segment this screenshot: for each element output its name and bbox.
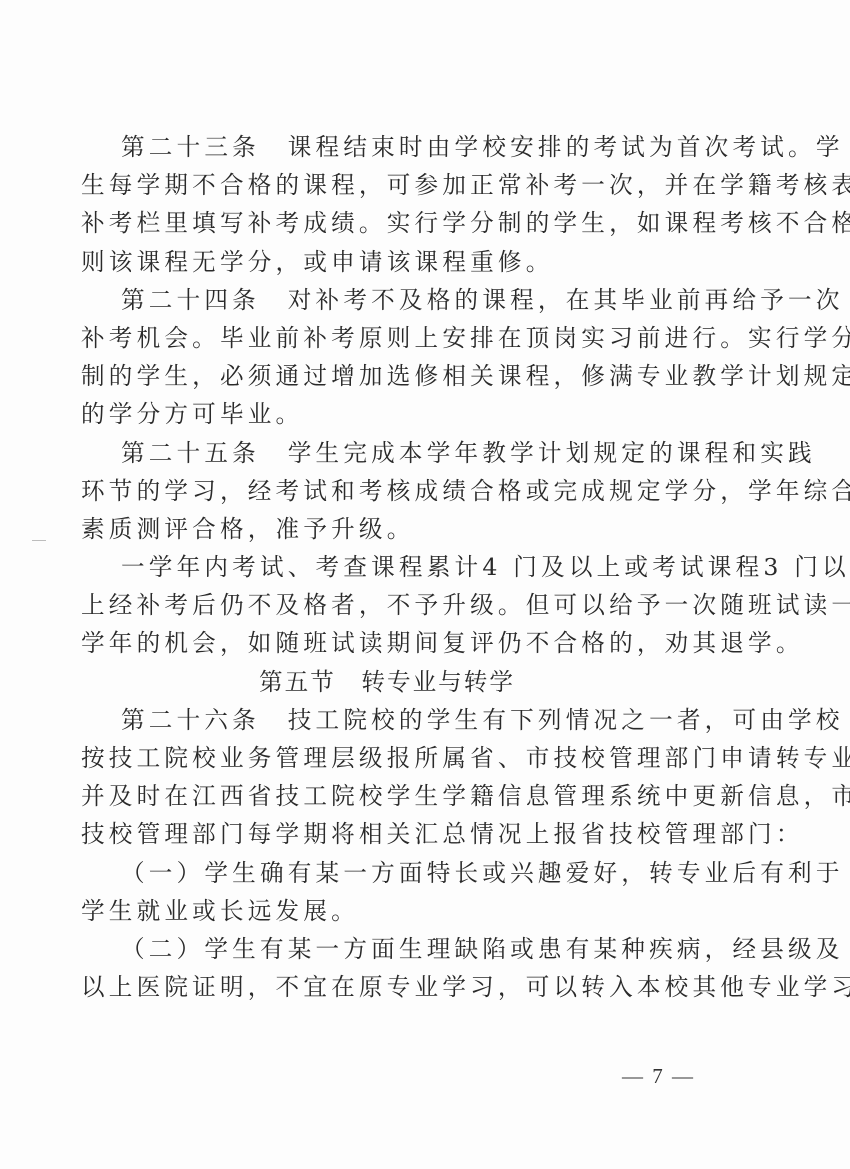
item-2-line-2: 以上医院证明，不宜在原专业学习，可以转入本校其他专业学习。 [81, 968, 693, 1006]
document-page: 第二十三条 课程结束时由学校安排的考试为首次考试。学 生每学期不合格的课程，可参… [0, 0, 850, 1169]
article-25-para2-line-1: 一学年内考试、考查课程累计4 门及以上或考试课程3 门以 [81, 548, 693, 586]
article-25-para2-line-2: 上经补考后仍不及格者，不予升级。但可以给予一次随班试读一 [81, 586, 693, 624]
body-text: 第二十三条 课程结束时由学校安排的考试为首次考试。学 生每学期不合格的课程，可参… [81, 128, 693, 1006]
article-25-para2-line-3: 学年的机会，如随班试读期间复评仍不合格的，劝其退学。 [81, 624, 693, 662]
article-26-line-2: 按技工院校业务管理层级报所属省、市技校管理部门申请转专业， [81, 739, 693, 777]
article-23-line-2: 生每学期不合格的课程，可参加正常补考一次，并在学籍考核表 [81, 166, 693, 204]
article-23-line-4: 则该课程无学分，或申请该课程重修。 [81, 243, 693, 281]
item-2-line-1: （二）学生有某一方面生理缺陷或患有某种疾病，经县级及 [81, 930, 693, 968]
page-number: — 7 — [622, 1064, 695, 1089]
article-26-line-3: 并及时在江西省技工院校学生学籍信息管理系统中更新信息，市 [81, 777, 693, 815]
article-26-line-4: 技校管理部门每学期将相关汇总情况上报省技校管理部门： [81, 815, 693, 853]
article-25-line-1: 第二十五条 学生完成本学年教学计划规定的课程和实践 [81, 434, 693, 472]
scan-mark [32, 540, 46, 541]
item-1-line-2: 学生就业或长远发展。 [81, 892, 693, 930]
article-26-line-1: 第二十六条 技工院校的学生有下列情况之一者，可由学校 [81, 701, 693, 739]
section-heading: 第五节 转专业与转学 [81, 663, 693, 701]
article-25-line-3: 素质测评合格，准予升级。 [81, 510, 693, 548]
item-1-line-1: （一）学生确有某一方面特长或兴趣爱好，转专业后有利于 [81, 854, 693, 892]
article-23-line-1: 第二十三条 课程结束时由学校安排的考试为首次考试。学 [81, 128, 693, 166]
article-24-line-3: 制的学生，必须通过增加选修相关课程，修满专业教学计划规定 [81, 357, 693, 395]
article-24-line-2: 补考机会。毕业前补考原则上安排在顶岗实习前进行。实行学分 [81, 319, 693, 357]
article-24-line-1: 第二十四条 对补考不及格的课程，在其毕业前再给予一次 [81, 281, 693, 319]
article-25-line-2: 环节的学习，经考试和考核成绩合格或完成规定学分，学年综合 [81, 472, 693, 510]
article-23-line-3: 补考栏里填写补考成绩。实行学分制的学生，如课程考核不合格 [81, 204, 693, 242]
article-24-line-4: 的学分方可毕业。 [81, 395, 693, 433]
